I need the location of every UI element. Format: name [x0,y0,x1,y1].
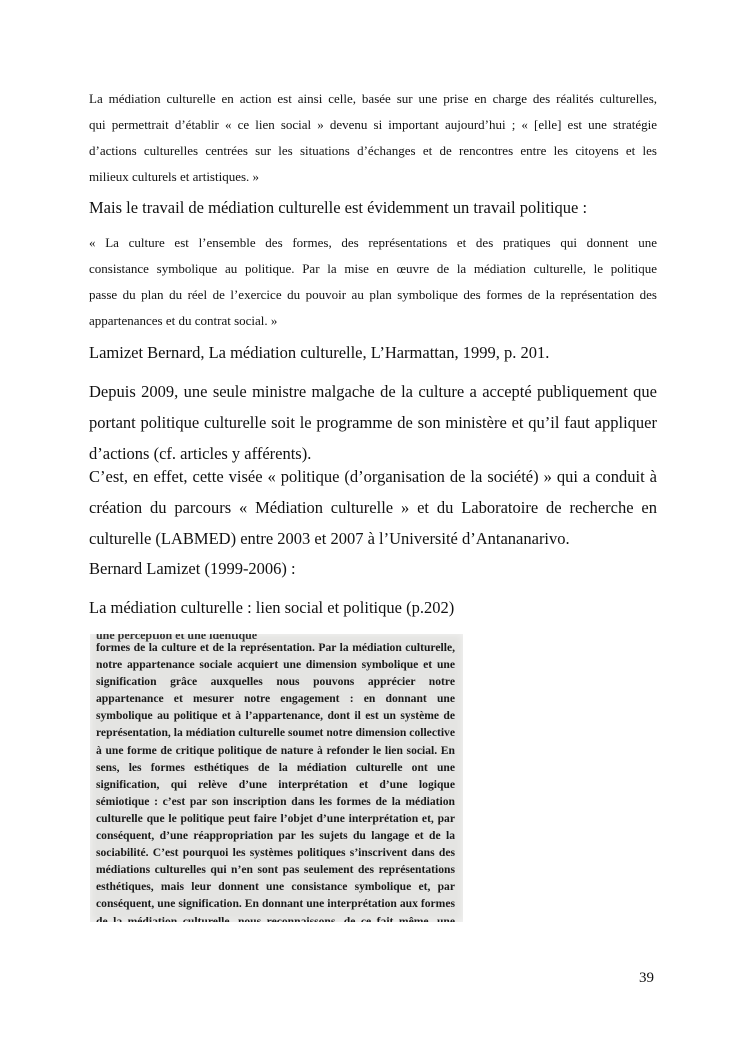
paragraph-mediation-action: La médiation culturelle en action est ai… [89,86,657,190]
page-number: 39 [639,970,654,987]
scan-line: conséquent, une signification. En donnan… [96,897,455,910]
scan-line: signification, qui relève d’une interpré… [96,778,455,791]
text-line: La médiation culturelle en action est ai… [89,91,657,106]
text-line: qui permettrait d’établir « ce lien soci… [89,117,657,132]
text-line: création du parcours « Médiation culture… [89,498,657,523]
scan-line: sémiotique : c’est par son inscription d… [96,795,455,808]
quote-lamizet-culture: « La culture est l’ensemble des formes, … [89,230,657,334]
scan-line: notre appartenance sociale acquiert une … [96,658,455,671]
text-line: culturelle (LABMED) entre 2003 et 2007 à… [89,523,657,554]
text-line: « La culture est l’ensemble des formes, … [89,235,657,250]
scanned-book-excerpt-image: une perception et une identique formes d… [90,634,463,922]
text-line: milieux culturels et artistiques. » [89,164,657,190]
text-line: portant politique culturelle soit le pro… [89,413,657,438]
scan-line: médiations culturelles qui n’en sont pas… [96,863,455,876]
text-line: appartenances et du contrat social. » [89,308,657,334]
scan-text-block: formes de la culture et de la représenta… [96,639,455,922]
document-page: La médiation culturelle en action est ai… [0,0,745,1053]
excerpt-title: La médiation culturelle : lien social et… [89,592,657,623]
text-line: d’actions culturelles centrées sur les s… [89,143,657,158]
paragraph-visee-politique: C’est, en effet, cette visée « politique… [89,461,657,554]
scan-line: formes de la culture et de la représenta… [96,641,455,654]
scan-line: appartenance et mesurer notre engagement… [96,692,455,707]
citation-reference: Lamizet Bernard, La médiation culturelle… [89,337,657,368]
scan-line: sens, les formes esthétiques de la média… [96,761,455,774]
scan-line: de la médiation culturelle, nous reconna… [96,915,455,923]
scan-line: représentation, la médiation culturelle … [96,726,455,739]
scan-line: sociabilité. C’est pourquoi les systèmes… [96,846,455,859]
scan-line: à une forme de critique politique de nat… [96,744,455,759]
scan-line: culturelle que le politique peut faire l… [96,812,455,825]
paragraph-depuis-2009: Depuis 2009, une seule ministre malgache… [89,376,657,469]
text-line: passe du plan du réel de l’exercice du p… [89,287,657,302]
scan-line: signification grâce auxquelles nous pouv… [96,675,455,688]
scan-line: conséquent, d’une réappropriation par le… [96,829,455,842]
text-line: C’est, en effet, cette visée « politique… [89,467,657,492]
text-line: Depuis 2009, une seule ministre malgache… [89,382,657,407]
author-heading: Bernard Lamizet (1999-2006) : [89,553,657,584]
scan-line: symbolique au politique et à l’appartena… [96,709,455,722]
paragraph-travail-politique: Mais le travail de médiation culturelle … [89,192,657,223]
scan-line: esthétiques, mais leur donnent une consi… [96,880,455,893]
text-line: consistance symbolique au politique. Par… [89,261,657,276]
